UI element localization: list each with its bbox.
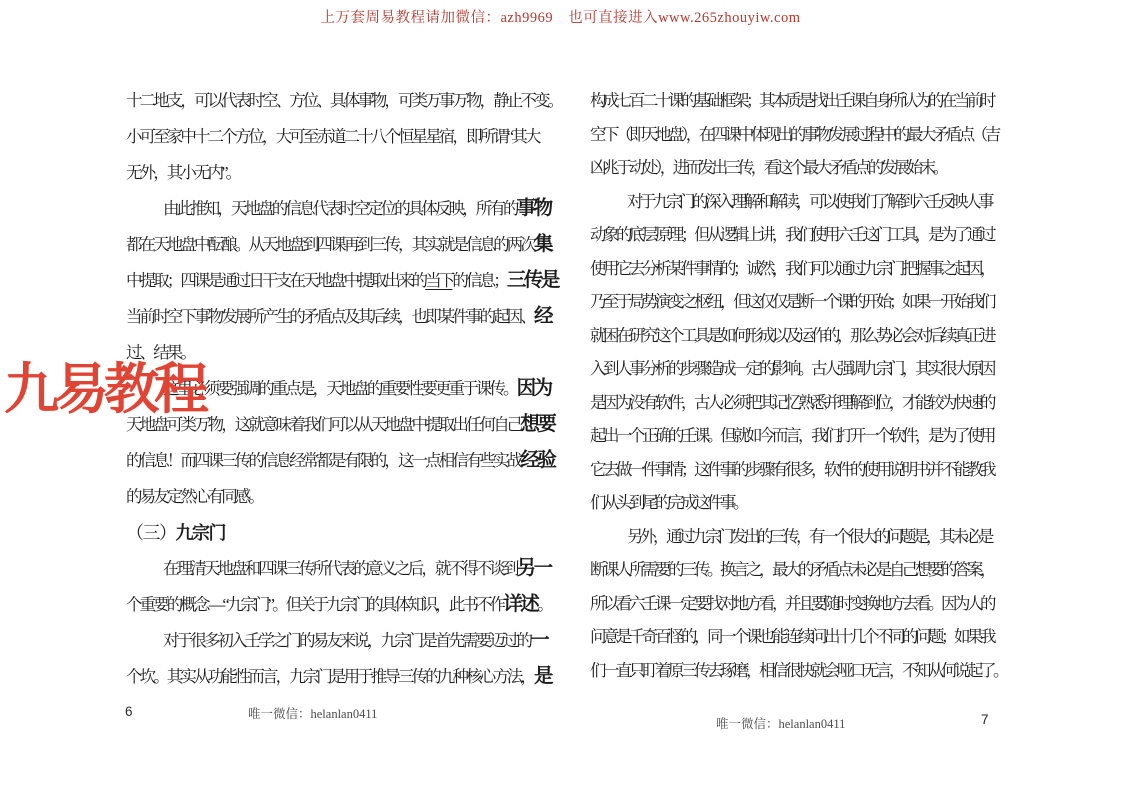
text-segment: 空下（即天地盘），在四课中体现出的事物发展过程中的最大矛盾点（吉 — [590, 125, 998, 144]
text-line: 的信息！而四课三传的信息经常都是有限的，这一点相信有些实战经验 — [126, 443, 563, 479]
footer-wechat-right: 唯一微信：helanlan0411 — [716, 714, 845, 732]
text-segment: 是 — [534, 666, 551, 687]
text-segment: 都在天地盘中酝酿。从天地盘到四课再到三传，其实就是信息的两次 — [126, 235, 534, 254]
text-segment: 另外，通过九宗门发出的三传，有一个很大的问题是，其未必是 — [627, 527, 991, 546]
text-segment: 由此推知，天地盘的信息代表时空定位的具体反映，所有的 — [163, 199, 517, 218]
text-segment: 。 — [537, 595, 551, 614]
page-number-right: 7 — [981, 712, 989, 727]
text-segment: 断课人所需要的三传。换言之，最大的矛盾点未必是自己想要的答案， — [590, 560, 993, 579]
text-segment: 们一直只盯着原三传去琢磨，相信很快就会哑口无言，不知从何说起了。 — [590, 661, 1006, 680]
text-segment: 动象的底层原理；但从逻辑上讲，我们使用六壬这门工具，是为了通过 — [590, 225, 993, 244]
text-segment: 的信息！而四课三传的信息经常都是有限的，这一点相信有些实战 — [126, 451, 520, 470]
red-watermark-text: 九易教程 — [4, 362, 204, 417]
text-segment: 一 — [530, 630, 547, 651]
text-segment: 在理清天地盘和四课三传所代表的意义之后，就不得不谈到 — [163, 559, 517, 578]
text-segment: 就困在研究这个工具是如何形成以及运作的，那么势必会对后续真正进 — [590, 326, 993, 345]
text-segment: 所以看六壬课一定要找对地方看，并且要随时变换地方去看。因为人的 — [590, 594, 993, 613]
text-line: 小可至家中十二个方位，大可至赤道二十八个恒星星宿，即所谓“其大 — [126, 119, 563, 155]
text-segment: 无外，其小无内”。 — [126, 163, 239, 182]
text-line: 们一直只盯着原三传去琢磨，相信很快就会哑口无言，不知从何说起了。 — [590, 654, 1010, 688]
text-line: 构成七百二十课的基础框架；其本质是找出壬课自身所认为的在当前时 — [590, 84, 1010, 118]
text-line: 由此推知，天地盘的信息代表时空定位的具体反映，所有的事物 — [126, 191, 563, 227]
text-segment: 事物 — [517, 198, 551, 219]
text-line: 对于很多初入壬学之门的易友来说，九宗门是首先需要迈过的一 — [126, 623, 563, 659]
text-line: 所以看六壬课一定要找对地方看，并且要随时变换地方去看。因为人的 — [590, 587, 1010, 621]
text-line: 对于九宗门的深入理解和解读，可以使我们了解到六壬反映人事 — [590, 185, 1010, 219]
page-number-left: 6 — [125, 704, 133, 719]
text-line: 十二地支，可以代表时空、方位、具体事物，可类万事万物，静止不变。 — [126, 83, 563, 119]
text-segment: 三传是 — [507, 270, 558, 291]
text-line: 们从头到尾的完成这件事。 — [590, 486, 1010, 520]
text-line: 个重要的概念 —“九宗门”。但关于九宗门的具体知识，此书不作详述。 — [126, 587, 563, 623]
text-segment: 经验 — [520, 450, 554, 471]
text-segment: 问意是千奇百怪的，同一个课也能连续问出十几个不同的问题；如果我 — [590, 627, 993, 646]
text-line: 乃至于局势演变之枢纽，但这仅仅是断一个课的开始；如果一开始我们 — [590, 285, 1010, 319]
section-heading: （三）九宗门 — [126, 515, 563, 551]
text-line: 的易友定然心有同感。 — [126, 479, 563, 515]
text-segment: 使用它去分析某件事情的；诚然，我们可以通过九宗门把握事之起因， — [590, 259, 993, 278]
header-promo-text: 上万套周易教程请加微信：azh9969 也可直接进入www.265zhouyiw… — [0, 6, 1121, 27]
text-line: 个坎。其实从功能性而言，九宗门是用于推导三传的九种核心方法，是 — [126, 659, 563, 695]
text-segment: 的易友定然心有同感。 — [126, 487, 262, 506]
text-line: 空下（即天地盘），在四课中体现出的事物发展过程中的最大矛盾点（吉 — [590, 118, 1010, 152]
text-line: 是因为没有软件，古人必须把其记忆熟悉并理解到位，才能较为快速的 — [590, 386, 1010, 420]
text-line: 都在天地盘中酝酿。从天地盘到四课再到三传，其实就是信息的两次集 — [126, 227, 563, 263]
text-segment: 集 — [534, 234, 551, 255]
text-segment: 十二地支，可以代表时空、方位、具体事物，可类万事万物，静止不变。 — [126, 91, 561, 110]
book-page-right: 构成七百二十课的基础框架；其本质是找出壬课自身所认为的在当前时空下（即天地盘），… — [590, 84, 1010, 687]
text-line: 在理清天地盘和四课三传所代表的意义之后，就不得不谈到另一 — [126, 551, 563, 587]
text-segment: 个重要的概念 —“九宗门”。但关于九宗门的具体知识，此书不作 — [126, 595, 503, 614]
text-segment: 九宗门 — [176, 523, 226, 543]
text-line: 动象的底层原理；但从逻辑上讲，我们使用六壬这门工具，是为了通过 — [590, 218, 1010, 252]
text-segment: 构成七百二十课的基础框架；其本质是找出壬课自身所认为的在当前时 — [590, 91, 993, 110]
text-line: 就困在研究这个工具是如何形成以及运作的，那么势必会对后续真正进 — [590, 319, 1010, 353]
text-line: 中提取；四课是通过日干支在天地盘中提取出来的当下的信息；三传是 — [126, 263, 563, 299]
text-segment: 当前时空下事物发展所产生的矛盾点及其后续，也即某件事的起因、 — [126, 307, 534, 326]
text-segment: 乃至于局势演变之枢纽，但这仅仅是断一个课的开始；如果一开始我们 — [590, 292, 993, 311]
text-segment: 想要 — [520, 414, 554, 435]
text-segment: （三） — [126, 523, 176, 543]
text-line: 起出一个正确的壬课。但就如今而言，我们打开一个软件，是为了使用 — [590, 419, 1010, 453]
text-segment: 这里必须要强调的重点是，天地盘的重要性要更重于课传。 — [163, 379, 517, 398]
text-segment: 起出一个正确的壬课。但就如今而言，我们打开一个软件，是为了使用 — [590, 426, 993, 445]
text-line: 它去做一件事情；这件事的步骤有很多，软件的使用说明书并不能教我 — [590, 453, 1010, 487]
footer-wechat-left: 唯一微信：helanlan0411 — [248, 704, 377, 722]
text-segment: 个坎。其实从功能性而言，九宗门是用于推导三传的九种核心方法， — [126, 667, 534, 686]
text-line: 无外，其小无内”。 — [126, 155, 563, 191]
text-line: 使用它去分析某件事情的；诚然，我们可以通过九宗门把握事之起因， — [590, 252, 1010, 286]
text-segment: 它去做一件事情；这件事的步骤有很多，软件的使用说明书并不能教我 — [590, 460, 993, 479]
text-segment: 们从头到尾的完成这件事。 — [590, 493, 746, 512]
text-segment: 经 — [534, 306, 551, 327]
text-segment: 详述 — [503, 594, 537, 615]
text-line: 当前时空下事物发展所产生的矛盾点及其后续，也即某件事的起因、经 — [126, 299, 563, 335]
underlined-term: 当下 — [425, 271, 452, 290]
text-segment: 入到人事分析的步骤造成一定的影响。古人强调九宗门，其实很大原因 — [590, 359, 993, 378]
text-segment: 的信息； — [452, 271, 506, 290]
text-segment: 对于九宗门的深入理解和解读，可以使我们了解到六壬反映人事 — [627, 192, 991, 211]
text-segment: 中提取；四课是通过日干支在天地盘中提取出来的 — [126, 271, 425, 290]
text-segment: 另一 — [517, 558, 551, 579]
text-segment: 是因为没有软件，古人必须把其记忆熟悉并理解到位，才能较为快速的 — [590, 393, 993, 412]
text-line: 断课人所需要的三传。换言之，最大的矛盾点未必是自己想要的答案， — [590, 553, 1010, 587]
text-line: 入到人事分析的步骤造成一定的影响。古人强调九宗门，其实很大原因 — [590, 352, 1010, 386]
text-segment: 小可至家中十二个方位，大可至赤道二十八个恒星星宿，即所谓“其大 — [126, 127, 538, 146]
text-line: 另外，通过九宗门发出的三传，有一个很大的问题是，其未必是 — [590, 520, 1010, 554]
text-segment: 因为 — [517, 378, 551, 399]
text-segment: 凶兆于动处），进而发出三传，看这个最大矛盾点的发展始末。 — [590, 158, 946, 177]
text-line: 问意是千奇百怪的，同一个课也能连续问出十几个不同的问题；如果我 — [590, 620, 1010, 654]
text-segment: 对于很多初入壬学之门的易友来说，九宗门是首先需要迈过的 — [163, 631, 530, 650]
text-line: 凶兆于动处），进而发出三传，看这个最大矛盾点的发展始末。 — [590, 151, 1010, 185]
